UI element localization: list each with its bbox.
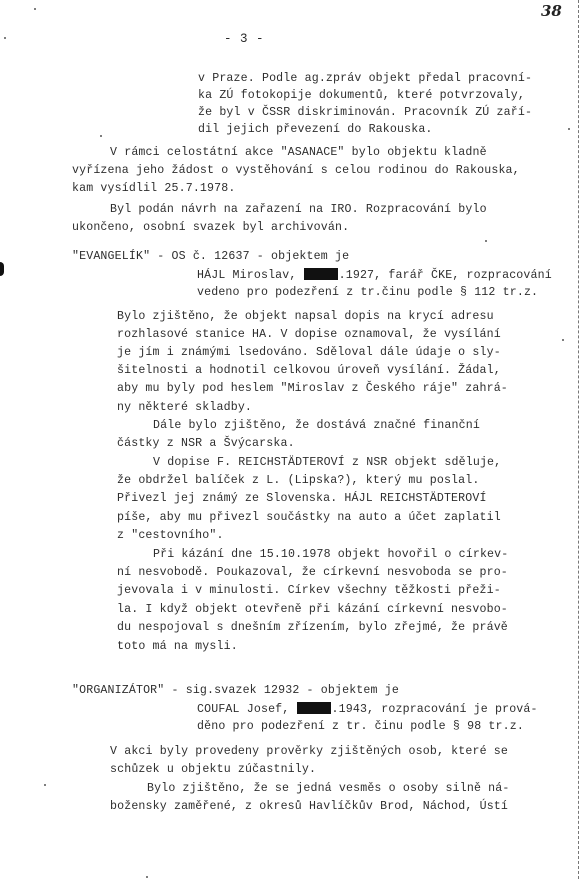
text-line: Byl podán návrh na zařazení na IRO. Rozp…	[110, 203, 487, 217]
text-line: V rámci celostátní akce "ASANACE" bylo o…	[110, 146, 487, 160]
text-line: Při kázání dne 15.10.1978 objekt hovořil…	[153, 548, 508, 562]
scan-speck	[34, 8, 36, 10]
text-line: že obdržel balíček z L. (Lipska?), který…	[117, 474, 479, 488]
text-line: píše, aby mu přivezl součástky na auto a…	[117, 511, 501, 525]
text-line: V akci byly provedeny prověrky zjištěnýc…	[110, 745, 508, 759]
text-line: schůzek u objektu zúčastnily.	[110, 763, 316, 777]
redaction-block	[297, 702, 331, 714]
page-edge-line	[578, 0, 579, 879]
case-legal-basis: děno pro podezření z tr. činu podle § 98…	[197, 720, 524, 734]
text-line: aby mu byly pod heslem "Miroslav z České…	[117, 382, 508, 396]
text-line: Dále bylo zjištěno, že dostává značné fi…	[153, 419, 480, 433]
text-line: rozhlasové stanice HA. V dopise oznamova…	[117, 328, 501, 342]
text-line: du nespojoval s dnešním zřízením, bylo z…	[117, 621, 508, 635]
text-line: kam vysídlil 25.7.1978.	[72, 182, 235, 196]
text-line: z "cestovního".	[117, 529, 224, 543]
case-subject: COUFAL Josef, .1943, rozpracování je pro…	[197, 702, 538, 717]
text-line: šitelnosti a hodnotil celkovou úroveň vy…	[117, 364, 501, 378]
document-page: 38 - 3 - v Praze. Podle ag.zpráv objekt …	[0, 0, 588, 879]
text-line: ny některé skladby.	[117, 401, 252, 415]
text-line: V dopise F. REICHSTÄDTEROVÍ z NSR objekt…	[153, 456, 501, 470]
text-line: ní nesvobodě. Poukazoval, že církevní ne…	[117, 566, 508, 580]
scan-speck	[568, 128, 570, 130]
redaction-block	[304, 268, 338, 280]
text-line: Přivezl jej známý ze Slovenska. HÁJL REI…	[117, 492, 487, 506]
subject-name: COUFAL Josef,	[197, 703, 297, 716]
text-line: Bylo zjištěno, že se jedná vesměs o osob…	[147, 782, 509, 796]
scan-speck	[100, 135, 102, 137]
subject-name: HÁJL Miroslav,	[197, 269, 304, 282]
text-line: je jím i známými lsedováno. Sděloval dál…	[117, 346, 501, 360]
text-line: vyřízena jeho žádost o vystěhování s cel…	[72, 164, 520, 178]
subject-details: .1943, rozpracování je prová-	[332, 703, 538, 716]
folio-number: 38	[541, 2, 562, 20]
text-line: Bylo zjištěno, že objekt napsal dopis na…	[117, 310, 494, 324]
text-line: dil jejich převezení do Rakouska.	[198, 123, 433, 137]
case-header: "ORGANIZÁTOR" - sig.svazek 12932 - objek…	[72, 684, 399, 698]
scan-speck	[4, 37, 6, 39]
text-line: božensky zaměřené, z okresů Havlíčkův Br…	[110, 800, 508, 814]
page-number: - 3 -	[224, 32, 264, 46]
case-legal-basis: vedeno pro podezření z tr.činu podle § 1…	[197, 286, 538, 300]
scan-speck	[146, 876, 148, 878]
scan-artifact	[0, 262, 4, 276]
subject-details: .1927, farář ČKE, rozpracování	[339, 269, 552, 282]
scan-speck	[562, 339, 564, 341]
text-line: toto má na mysli.	[117, 640, 238, 654]
text-line: la. I když objekt otevřeně při kázání cí…	[117, 603, 508, 617]
scan-speck	[485, 240, 487, 242]
text-line: částky z NSR a Švýcarska.	[117, 437, 295, 451]
scan-speck	[44, 784, 46, 786]
text-line: v Praze. Podle ag.zpráv objekt předal pr…	[198, 72, 532, 86]
text-line: ukončeno, osobní svazek byl archivován.	[72, 221, 349, 235]
case-header: "EVANGELÍK" - OS č. 12637 - objektem je	[72, 250, 349, 264]
text-line: jevovala i v minulosti. Církev všechny t…	[117, 584, 501, 598]
text-line: ka ZÚ fotokopije dokumentů, které potvrz…	[198, 89, 525, 103]
case-subject: HÁJL Miroslav, .1927, farář ČKE, rozprac…	[197, 268, 552, 283]
text-line: že byl v ČSSR diskriminován. Pracovník Z…	[198, 106, 532, 120]
